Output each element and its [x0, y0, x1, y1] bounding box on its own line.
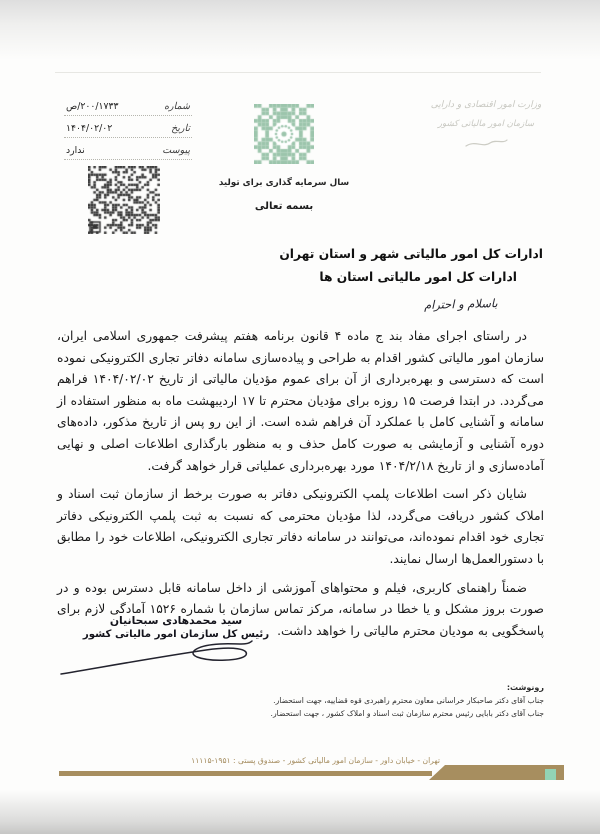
footer-bar-thin — [59, 771, 432, 776]
besmele-text: بسمه تعالی — [229, 201, 339, 212]
handwritten-salutation: باسلام و احترام — [424, 296, 498, 312]
number-value: ۲۰۰/۱۷۳۳/ص — [66, 101, 118, 112]
date-label: تاریخ — [171, 123, 190, 134]
scan-top-shadow — [0, 0, 600, 60]
attachment-value: ندارد — [66, 145, 85, 156]
recipient-line-2: ادارات کل امور مالیاتی استان ها — [279, 266, 517, 289]
letterhead-flourish — [463, 136, 509, 150]
footer-bar-thick — [429, 765, 564, 780]
footer-address: تهران - خیابان داور - سازمان امور مالیات… — [191, 756, 440, 765]
tax-organization-logo — [254, 104, 314, 164]
cc-label: رونوشت: — [214, 681, 544, 694]
year-slogan: سال سرمایه گذاری برای تولید — [204, 178, 364, 188]
recipient-line-1: ادارات کل امور مالیاتی شهر و استان تهران — [279, 243, 543, 266]
letterhead-block: وزارت امور اقتصادی و دارایی سازمان امور … — [416, 100, 556, 154]
letterhead-organization: سازمان امور مالیاتی کشور — [416, 119, 556, 129]
date-value: ۱۴۰۴/۰۲/۰۲ — [66, 123, 112, 134]
cc-item-1: جناب آقای دکتر صاحبکار خراسانی معاون محت… — [214, 694, 544, 707]
signer-name: سید محمدهادی سبحانیان — [70, 614, 282, 627]
letter-meta-block: شماره ۲۰۰/۱۷۳۳/ص تاریخ ۱۴۰۴/۰۲/۰۲ پیوست … — [64, 100, 192, 166]
body-paragraph-1: در راستای اجرای مفاد بند ج ماده ۴ قانون … — [57, 326, 544, 477]
qr-code — [88, 166, 160, 234]
meta-row-number: شماره ۲۰۰/۱۷۳۳/ص — [64, 100, 192, 116]
meta-row-attachment: پیوست ندارد — [64, 144, 192, 160]
cc-block: رونوشت: جناب آقای دکتر صاحبکار خراسانی م… — [214, 681, 544, 720]
letterhead-ministry: وزارت امور اقتصادی و دارایی — [416, 100, 556, 110]
body-paragraph-2: شایان ذکر است اطلاعات پلمپ الکترونیکی دف… — [57, 484, 544, 570]
attachment-label: پیوست — [162, 145, 190, 156]
cc-item-2: جناب آقای دکتر بابایی رئیس محترم سازمان … — [214, 707, 544, 720]
scanned-letter-page: شماره ۲۰۰/۱۷۳۳/ص تاریخ ۱۴۰۴/۰۲/۰۲ پیوست … — [0, 0, 600, 834]
footer-green-square — [545, 769, 556, 780]
recipients-block: ادارات کل امور مالیاتی شهر و استان تهران… — [279, 243, 543, 289]
letter-body: در راستای اجرای مفاد بند ج ماده ۴ قانون … — [57, 326, 544, 649]
number-label: شماره — [164, 101, 190, 112]
scan-bottom-shadow — [0, 790, 600, 834]
page-top-edge-line — [55, 72, 541, 73]
meta-row-date: تاریخ ۱۴۰۴/۰۲/۰۲ — [64, 122, 192, 138]
handwritten-signature — [58, 633, 258, 683]
